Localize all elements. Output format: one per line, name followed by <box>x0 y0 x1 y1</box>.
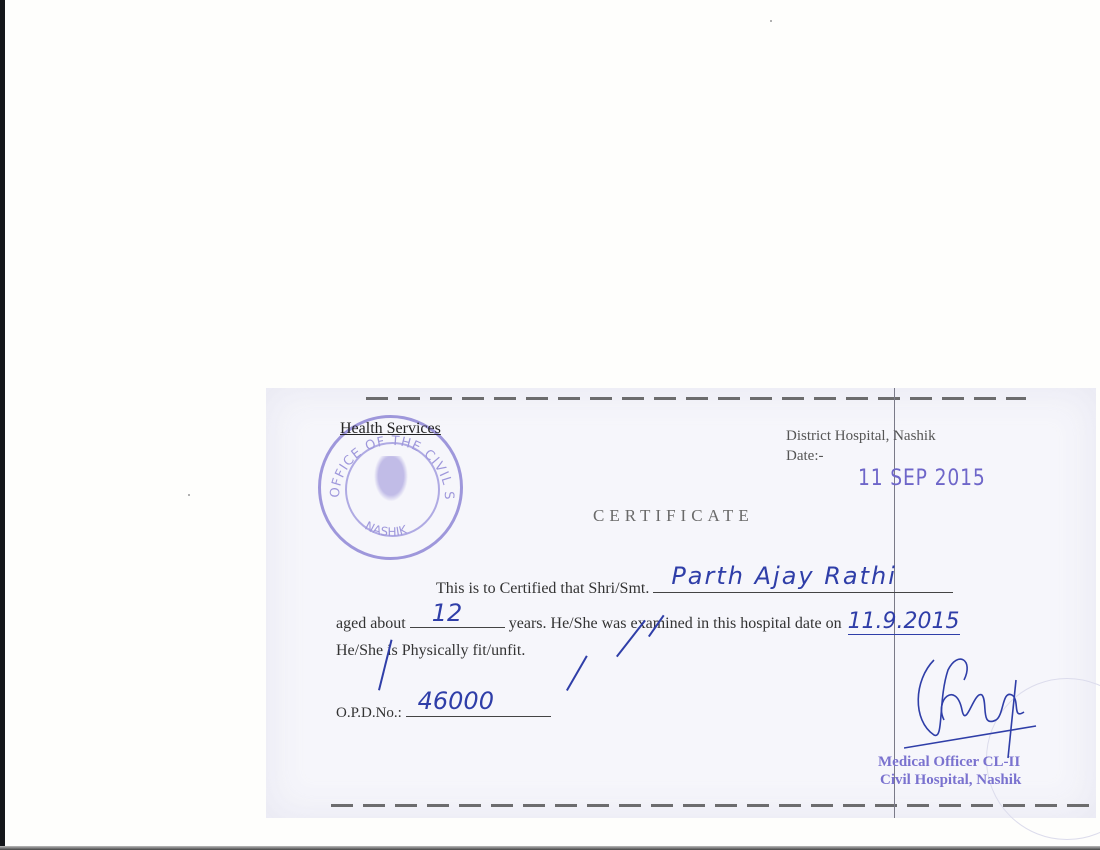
stamp-ring-text: OFFICE OF THE CIVIL SURGEON NASHIK <box>321 418 460 557</box>
name-field: Parth Ajay Rathi <box>653 576 953 593</box>
scan-edge-left <box>0 0 5 850</box>
certify-prefix: This is to Certified that Shri/Smt. <box>436 580 649 597</box>
opd-field: 46000 <box>406 702 551 717</box>
exam-text: years. He/She was examined in this hospi… <box>509 615 842 632</box>
dust-speck <box>770 20 772 22</box>
perforation-bottom <box>331 804 1091 807</box>
age-prefix: aged about <box>336 615 406 632</box>
opd-line: O.P.D.No.: 46000 <box>336 702 551 722</box>
signatory-hospital: Civil Hospital, Nashik <box>880 772 1021 789</box>
opd-label: O.P.D.No.: <box>336 705 402 721</box>
header-district-hospital: District Hospital, Nashik <box>786 428 936 445</box>
signature <box>904 640 1044 760</box>
certify-line: This is to Certified that Shri/Smt. Part… <box>436 576 953 598</box>
date-label: Date:- <box>786 448 823 465</box>
date-stamp: 11 SEP 2015 <box>858 466 986 491</box>
age-line: aged about 12 years. He/She was examined… <box>336 609 960 634</box>
scan-edge-bottom <box>0 846 1100 850</box>
fitness-line: He/She is Physically fit/unfit. <box>336 642 525 660</box>
header-health-services: Health Services <box>340 420 441 438</box>
opd-handwritten: 46000 <box>418 687 494 715</box>
certificate-slip: OFFICE OF THE CIVIL SURGEON NASHIK Healt… <box>266 388 1096 818</box>
name-handwritten: Parth Ajay Rathi <box>671 562 897 590</box>
strike-unfit <box>566 655 588 691</box>
age-field: 12 <box>410 611 505 628</box>
dust-speck <box>188 494 190 496</box>
signatory-designation: Medical Officer CL-II <box>878 754 1020 771</box>
svg-text:NASHIK: NASHIK <box>363 519 410 539</box>
exam-date-handwritten: 11.9.2015 <box>848 609 960 635</box>
certificate-title: CERTIFICATE <box>593 506 754 526</box>
perforation-top <box>366 397 1026 400</box>
age-handwritten: 12 <box>432 599 463 627</box>
